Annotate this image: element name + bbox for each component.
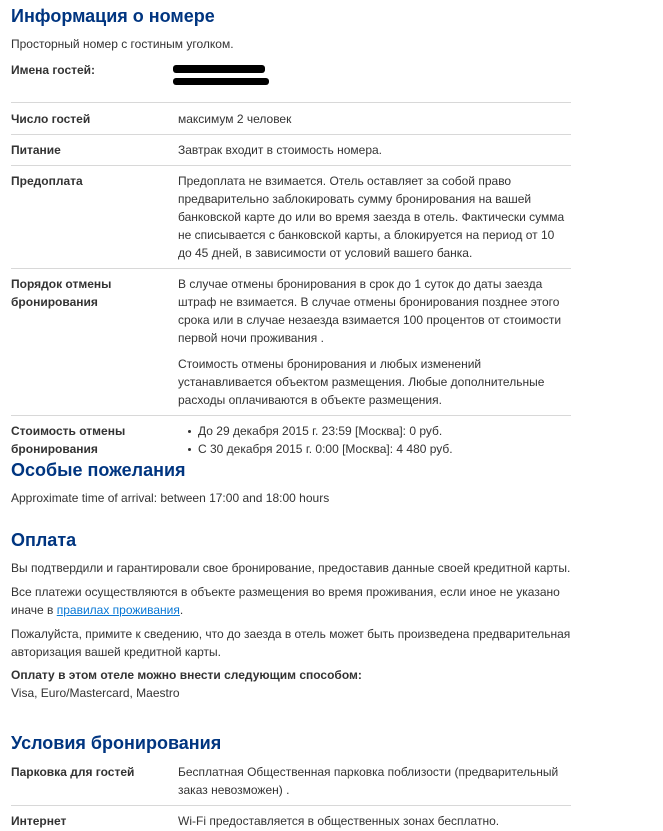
row-parking: Парковка для гостей Бесплатная Обществен…: [11, 761, 571, 806]
row-key: Порядок отмены бронирования: [11, 275, 178, 409]
row-value: Бесплатная Общественная парковка поблизо…: [178, 763, 571, 799]
row-key: Парковка для гостей: [11, 763, 178, 799]
row-guests: Число гостей максимум 2 человек: [11, 104, 571, 135]
row-key: Число гостей: [11, 110, 178, 128]
payment-p2-end: .: [180, 603, 183, 617]
payment-p2: Все платежи осуществляются в объекте раз…: [11, 583, 571, 619]
row-key: Интернет: [11, 812, 178, 830]
row-key: Стоимость отмены бронирования: [11, 422, 178, 458]
row-value: Wi-Fi предоставляется в общественных зон…: [178, 812, 571, 830]
row-value: В случае отмены бронирования в срок до 1…: [178, 275, 571, 409]
guest-names-row: Имена гостей:: [11, 61, 571, 103]
conditions-table: Парковка для гостей Бесплатная Обществен…: [11, 761, 571, 831]
row-internet: Интернет Wi-Fi предоставляется в обществ…: [11, 806, 571, 831]
room-info-table: Число гостей максимум 2 человек Питание …: [11, 104, 571, 464]
cancellation-cost-item: До 29 декабря 2015 г. 23:59 [Москва]: 0 …: [188, 422, 571, 440]
cancellation-cost-list: До 29 декабря 2015 г. 23:59 [Москва]: 0 …: [174, 422, 571, 458]
row-meals: Питание Завтрак входит в стоимость номер…: [11, 135, 571, 166]
conditions-title: Условия бронирования: [11, 732, 221, 754]
row-key: Питание: [11, 141, 178, 159]
guest-names-redacted: [173, 65, 269, 85]
payment-methods: Visa, Euro/Mastercard, Maestro: [11, 684, 571, 702]
row-prepayment: Предоплата Предоплата не взимается. Отел…: [11, 166, 571, 269]
cancellation-paragraph: Стоимость отмены бронирования и любых из…: [178, 355, 571, 409]
row-value: Завтрак входит в стоимость номера.: [178, 141, 571, 159]
cancellation-cost-item: С 30 декабря 2015 г. 0:00 [Москва]: 4 48…: [188, 440, 571, 458]
payment-p1: Вы подтвердили и гарантировали свое брон…: [11, 559, 571, 577]
cancellation-paragraph: В случае отмены бронирования в срок до 1…: [178, 275, 571, 347]
payment-methods-label: Оплату в этом отеле можно внести следующ…: [11, 666, 571, 684]
row-cancellation-policy: Порядок отмены бронирования В случае отм…: [11, 269, 571, 416]
payment-body: Вы подтвердили и гарантировали свое брон…: [11, 559, 571, 702]
room-description: Просторный номер с гостиным уголком.: [11, 35, 234, 53]
payment-title: Оплата: [11, 529, 76, 551]
row-cancellation-cost: Стоимость отмены бронирования До 29 дека…: [11, 416, 571, 464]
row-key: Предоплата: [11, 172, 178, 262]
room-info-title: Информация о номере: [11, 5, 215, 27]
row-value: Предоплата не взимается. Отель оставляет…: [178, 172, 571, 262]
guest-names-label: Имена гостей:: [11, 61, 95, 79]
row-value: максимум 2 человек: [178, 110, 571, 128]
special-requests-text: Approximate time of arrival: between 17:…: [11, 489, 329, 507]
special-requests-title: Особые пожелания: [11, 459, 186, 481]
row-value: До 29 декабря 2015 г. 23:59 [Москва]: 0 …: [178, 422, 571, 458]
house-rules-link[interactable]: правилах проживания: [57, 603, 180, 617]
payment-p3: Пожалуйста, примите к сведению, что до з…: [11, 625, 571, 661]
